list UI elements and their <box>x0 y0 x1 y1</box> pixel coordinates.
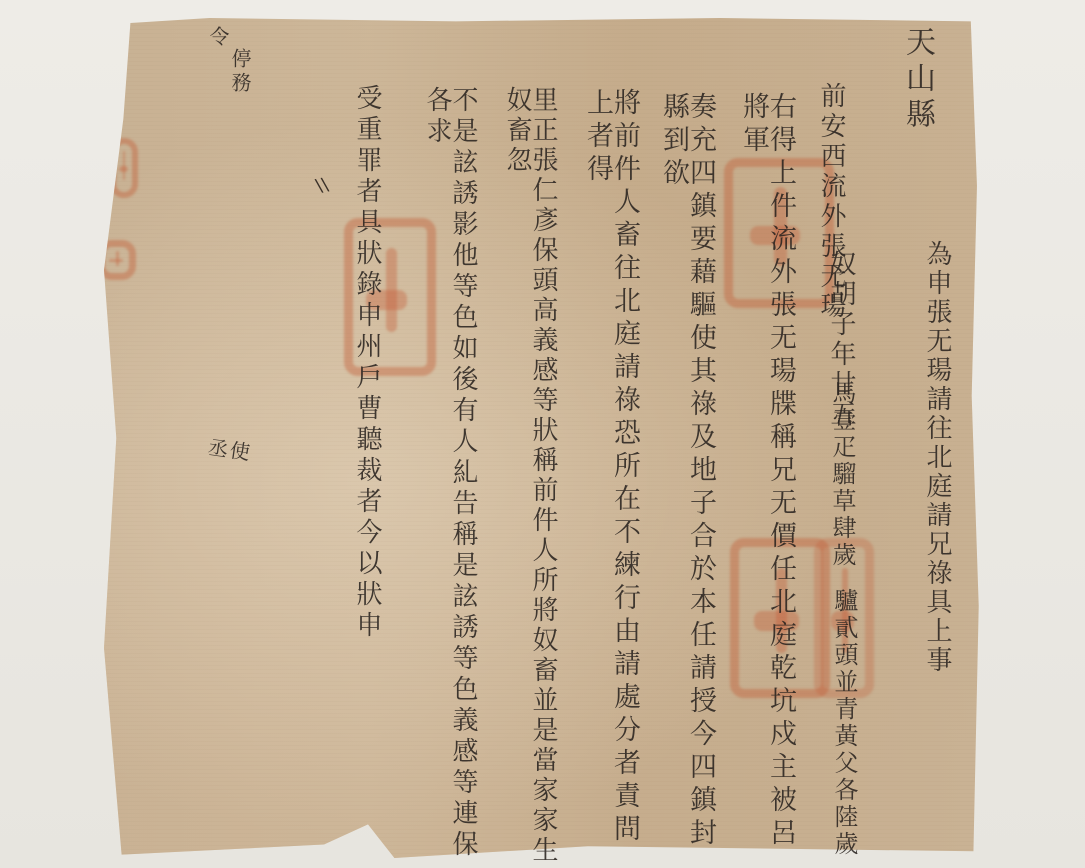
official-signature: 丞使 <box>207 437 253 463</box>
text-column-2-horse: 馬壹疋騮草肆歲 <box>830 380 854 569</box>
text-column-3: 右得上件流外張无瑒牒稱兄无價任北庭乾坑戍主被呂將軍 <box>740 92 794 868</box>
text-column-7: 不是詃誘影他等色如後有人糺告稱是詃誘等色義感等連保各求 <box>424 86 476 868</box>
header-county-name: 天山縣 <box>902 26 932 134</box>
text-column-2-donkeys: 驢貳頭並青黃父各陸歲 <box>832 588 856 858</box>
annotation-ling: 令 <box>208 26 228 52</box>
text-column-6: 里正張仁彥保頭高義感等狀稱前件人所將奴畜並是當家家生奴畜忽 <box>504 86 556 868</box>
annotation-stop-duty: 停務 <box>230 48 250 96</box>
text-column-5: 將前件人畜往北庭請祿恐所在不練行由請處分者責問上者得 <box>584 88 638 868</box>
text-column-8: 受重罪者具狀錄申州戶曹聽裁者今以狀申 <box>354 84 380 642</box>
text-column-1: 為申張无瑒請往北庭請兄祿具上事 <box>924 240 950 675</box>
text-column-4: 奏充四鎮要藉驅使其祿及地子合於本任請授今四鎮封縣到欲 <box>660 92 714 868</box>
